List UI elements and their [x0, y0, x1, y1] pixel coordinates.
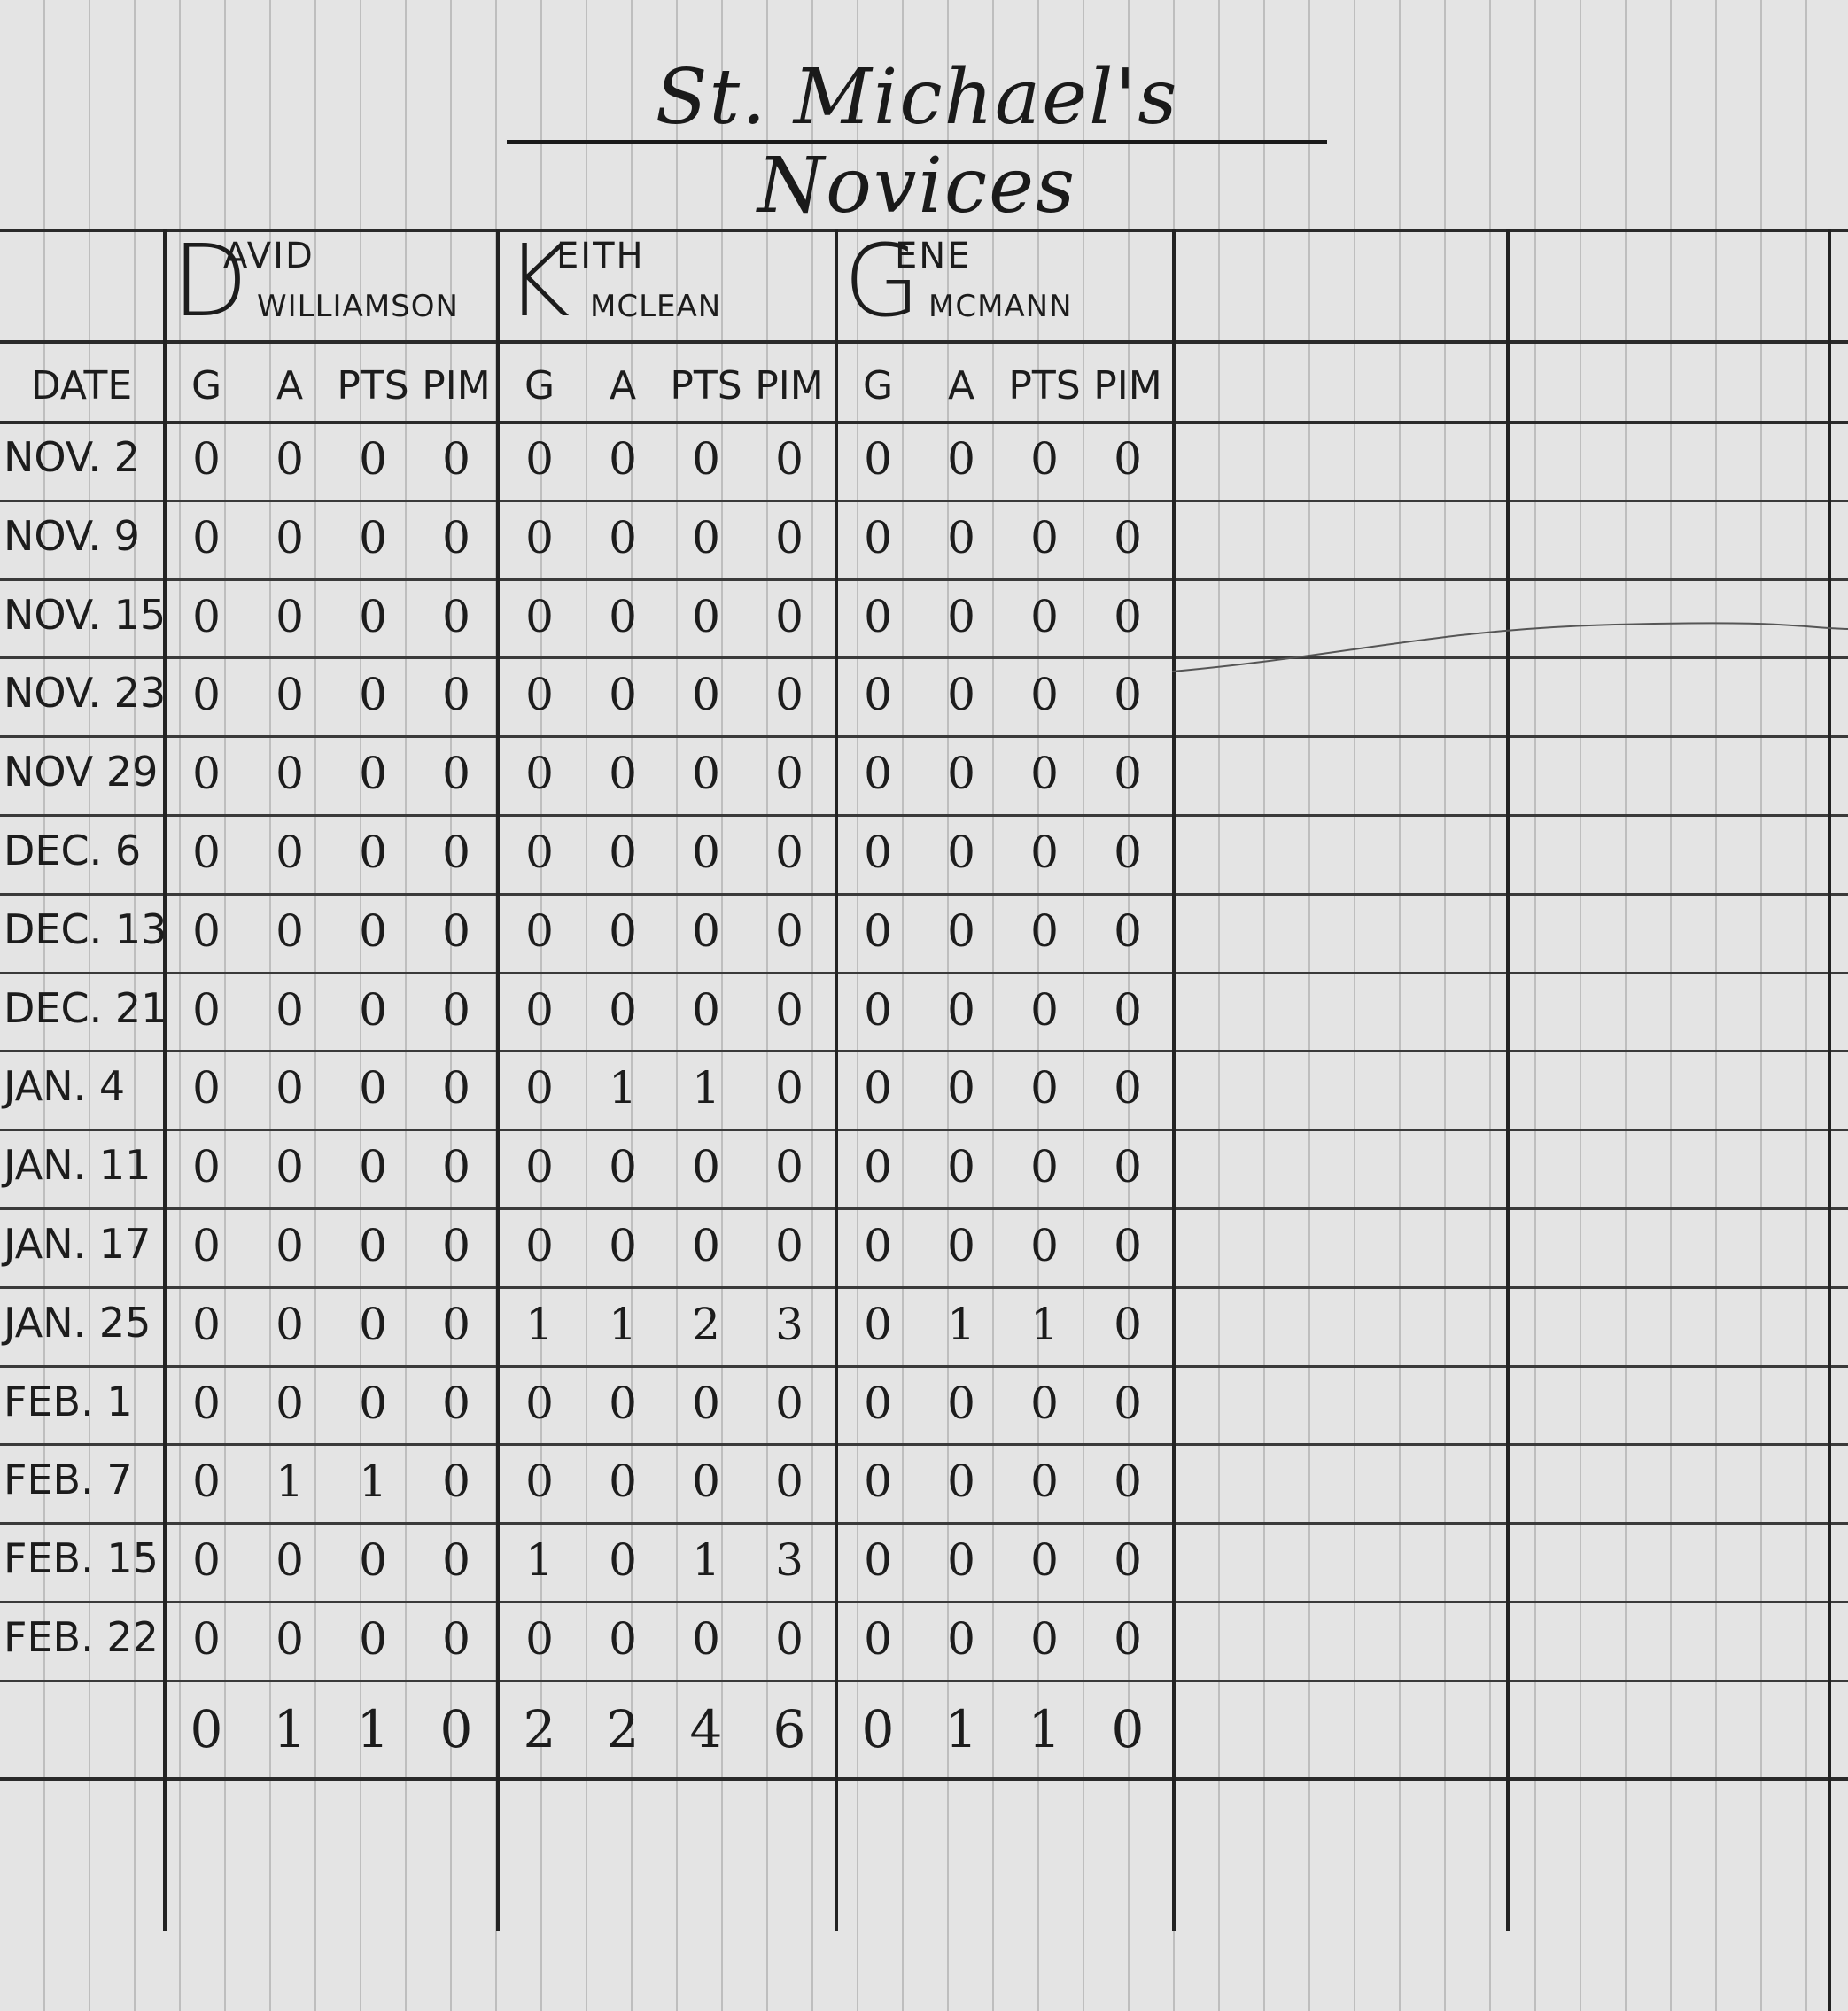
stat-cell: 0 — [836, 1141, 920, 1192]
game-date: NOV. 9 — [0, 512, 167, 560]
game-date: FEB. 1 — [0, 1378, 167, 1425]
stat-cell: 0 — [248, 1378, 331, 1429]
stat-cell: 0 — [165, 1062, 248, 1114]
grid-rule — [0, 1522, 1848, 1525]
stat-cell: 0 — [498, 748, 581, 799]
season-total-cell: 1 — [920, 1699, 1003, 1759]
stat-cell: 0 — [920, 591, 1003, 642]
stat-cell: 0 — [836, 984, 920, 1036]
game-date: FEB. 22 — [0, 1613, 167, 1661]
grid-rule — [0, 1207, 1848, 1210]
stat-column-header: G — [836, 363, 920, 408]
stat-cell: 0 — [920, 433, 1003, 485]
stat-cell: 0 — [920, 905, 1003, 957]
grid-column-rule — [1506, 229, 1510, 1931]
season-total-cell: 0 — [165, 1699, 248, 1759]
stat-cell: 0 — [664, 1613, 748, 1665]
stat-cell: 2 — [664, 1299, 748, 1350]
stat-cell: 0 — [1003, 827, 1086, 878]
stat-cell: 0 — [836, 512, 920, 563]
stat-cell: 0 — [836, 1613, 920, 1665]
stat-column-header: PIM — [748, 363, 831, 408]
stat-cell: 0 — [581, 1613, 664, 1665]
stat-cell: 0 — [165, 984, 248, 1036]
stat-cell: 0 — [664, 669, 748, 720]
grid-rule — [0, 1365, 1848, 1368]
stat-cell: 0 — [1086, 1141, 1169, 1192]
stat-cell: 0 — [1003, 669, 1086, 720]
stat-cell: 1 — [498, 1534, 581, 1586]
stat-cell: 0 — [165, 1299, 248, 1350]
stat-cell: 0 — [581, 827, 664, 878]
stat-cell: 0 — [748, 984, 831, 1036]
stat-cell: 0 — [836, 1299, 920, 1350]
stat-cell: 0 — [248, 669, 331, 720]
grid-rule — [0, 1129, 1848, 1131]
grid-rule — [0, 1680, 1848, 1682]
stat-cell: 0 — [1003, 905, 1086, 957]
stat-cell: 0 — [920, 669, 1003, 720]
game-date: JAN. 25 — [0, 1299, 167, 1347]
game-date: FEB. 7 — [0, 1456, 167, 1503]
stat-column-header: PIM — [1086, 363, 1169, 408]
stat-cell: 0 — [1003, 1613, 1086, 1665]
stat-cell: 0 — [1086, 591, 1169, 642]
stat-cell: 0 — [664, 905, 748, 957]
stat-cell: 0 — [248, 1299, 331, 1350]
season-total-cell: 2 — [581, 1699, 664, 1759]
season-total-cell: 0 — [836, 1699, 920, 1759]
stat-cell: 0 — [664, 1378, 748, 1429]
stat-column-header: PTS — [1003, 363, 1086, 408]
stat-cell: 0 — [581, 984, 664, 1036]
stat-cell: 0 — [1086, 984, 1169, 1036]
stat-cell: 0 — [498, 1220, 581, 1271]
stat-cell: 0 — [415, 1456, 498, 1507]
stat-cell: 0 — [748, 512, 831, 563]
stat-cell: 0 — [498, 433, 581, 485]
stat-cell: 0 — [836, 1220, 920, 1271]
player-last-name: MCLEAN — [590, 289, 721, 324]
season-total-cell: 4 — [664, 1699, 748, 1759]
stat-cell: 0 — [581, 1141, 664, 1192]
season-total-cell: 6 — [748, 1699, 831, 1759]
stat-cell: 0 — [1086, 1220, 1169, 1271]
stat-cell: 0 — [415, 1378, 498, 1429]
stat-cell: 0 — [165, 1456, 248, 1507]
grid-rule — [0, 1286, 1848, 1289]
stat-cell: 0 — [748, 1141, 831, 1192]
stat-cell: 1 — [331, 1456, 415, 1507]
player-last-name: WILLIAMSON — [257, 289, 459, 324]
stat-cell: 0 — [1003, 591, 1086, 642]
stat-cell: 0 — [331, 905, 415, 957]
stat-cell: 0 — [1003, 1141, 1086, 1192]
stat-cell: 0 — [1086, 669, 1169, 720]
stat-cell: 0 — [1003, 748, 1086, 799]
stat-cell: 0 — [248, 591, 331, 642]
pencil-curve — [1172, 620, 1848, 673]
stat-cell: 1 — [498, 1299, 581, 1350]
stat-cell: 0 — [748, 905, 831, 957]
stat-cell: 1 — [664, 1062, 748, 1114]
game-date: DEC. 6 — [0, 827, 167, 874]
stat-cell: 0 — [748, 669, 831, 720]
stat-cell: 0 — [1086, 1534, 1169, 1586]
grid-rule — [0, 814, 1848, 817]
stat-cell: 1 — [664, 1534, 748, 1586]
stat-cell: 0 — [248, 1141, 331, 1192]
stat-cell: 0 — [920, 512, 1003, 563]
player-first-name: EITH — [556, 236, 645, 276]
stat-cell: 0 — [498, 1141, 581, 1192]
stat-cell: 0 — [248, 905, 331, 957]
stat-cell: 0 — [920, 748, 1003, 799]
stat-cell: 0 — [165, 748, 248, 799]
stat-cell: 0 — [581, 512, 664, 563]
stat-cell: 0 — [331, 1299, 415, 1350]
stat-cell: 0 — [748, 1062, 831, 1114]
stat-cell: 0 — [664, 433, 748, 485]
stat-cell: 0 — [165, 1141, 248, 1192]
stat-cell: 1 — [581, 1062, 664, 1114]
stat-cell: 0 — [836, 669, 920, 720]
stat-cell: 0 — [498, 591, 581, 642]
player-first-name: AVID — [223, 236, 314, 276]
grid-column-rule — [1828, 229, 1831, 2011]
player-first-name: ENE — [895, 236, 971, 276]
stat-cell: 1 — [248, 1456, 331, 1507]
game-date: NOV. 15 — [0, 591, 167, 639]
stat-cell: 0 — [581, 1220, 664, 1271]
stat-cell: 0 — [248, 512, 331, 563]
stat-cell: 0 — [920, 1062, 1003, 1114]
stat-cell: 0 — [1086, 1062, 1169, 1114]
stat-cell: 0 — [165, 433, 248, 485]
stat-column-header: PTS — [664, 363, 748, 408]
stat-cell: 0 — [1086, 1456, 1169, 1507]
stat-cell: 0 — [1003, 1220, 1086, 1271]
stat-cell: 0 — [331, 433, 415, 485]
stat-column-header: A — [248, 363, 331, 408]
stat-cell: 0 — [165, 1534, 248, 1586]
stat-cell: 0 — [581, 905, 664, 957]
stat-cell: 1 — [920, 1299, 1003, 1350]
stat-cell: 0 — [920, 1456, 1003, 1507]
stat-cell: 0 — [836, 748, 920, 799]
stat-cell: 0 — [248, 1062, 331, 1114]
season-total-cell: 2 — [498, 1699, 581, 1759]
stat-cell: 0 — [1086, 905, 1169, 957]
stat-cell: 0 — [836, 1534, 920, 1586]
stat-cell: 0 — [748, 591, 831, 642]
stat-cell: 0 — [248, 827, 331, 878]
stat-cell: 3 — [748, 1299, 831, 1350]
stat-cell: 0 — [498, 1062, 581, 1114]
stat-cell: 0 — [165, 591, 248, 642]
stat-cell: 0 — [1086, 433, 1169, 485]
stat-cell: 0 — [498, 984, 581, 1036]
stat-cell: 0 — [1003, 512, 1086, 563]
stat-cell: 0 — [748, 748, 831, 799]
grid-column-rule — [1172, 229, 1176, 1931]
stat-cell: 0 — [165, 1220, 248, 1271]
stat-cell: 0 — [331, 1534, 415, 1586]
stat-cell: 0 — [581, 1456, 664, 1507]
grid-rule — [0, 1050, 1848, 1052]
stat-cell: 0 — [498, 827, 581, 878]
stat-cell: 0 — [331, 669, 415, 720]
stat-cell: 0 — [498, 905, 581, 957]
stat-cell: 0 — [748, 1378, 831, 1429]
stat-cell: 0 — [1086, 1378, 1169, 1429]
game-date: DEC. 13 — [0, 905, 167, 953]
stat-cell: 0 — [1003, 1062, 1086, 1114]
stat-cell: 0 — [581, 433, 664, 485]
stat-cell: 0 — [664, 748, 748, 799]
game-date: DEC. 21 — [0, 984, 167, 1032]
stat-cell: 0 — [415, 1534, 498, 1586]
stat-cell: 0 — [1003, 1378, 1086, 1429]
stat-cell: 0 — [331, 748, 415, 799]
stat-cell: 0 — [664, 1456, 748, 1507]
stat-cell: 0 — [498, 512, 581, 563]
stat-cell: 0 — [415, 1141, 498, 1192]
stat-cell: 0 — [415, 1062, 498, 1114]
player-header: DAVIDWILLIAMSON — [168, 232, 501, 338]
stat-cell: 0 — [1003, 984, 1086, 1036]
stat-cell: 0 — [415, 827, 498, 878]
stat-cell: 0 — [415, 669, 498, 720]
stat-cell: 0 — [165, 1378, 248, 1429]
stat-cell: 0 — [748, 827, 831, 878]
season-total-cell: 0 — [1086, 1699, 1169, 1759]
season-total-cell: 0 — [415, 1699, 498, 1759]
stat-cell: 0 — [1086, 1613, 1169, 1665]
stat-cell: 0 — [1003, 1534, 1086, 1586]
stat-cell: 0 — [664, 591, 748, 642]
date-column-header: DATE — [0, 363, 163, 408]
stat-cell: 0 — [836, 591, 920, 642]
stat-column-header: A — [581, 363, 664, 408]
stat-cell: 0 — [415, 512, 498, 563]
grid-rule — [0, 735, 1848, 738]
stat-cell: 0 — [498, 1456, 581, 1507]
stat-cell: 0 — [498, 669, 581, 720]
stat-cell: 0 — [664, 984, 748, 1036]
title-underline — [507, 140, 1327, 144]
season-total-cell: 1 — [331, 1699, 415, 1759]
stat-column-header: PIM — [415, 363, 498, 408]
stat-cell: 0 — [920, 1141, 1003, 1192]
grid-rule — [0, 421, 1848, 424]
stat-cell: 0 — [836, 1456, 920, 1507]
stat-column-header: G — [165, 363, 248, 408]
stat-cell: 0 — [581, 669, 664, 720]
player-header: GENEMCMANN — [840, 232, 1177, 338]
stat-cell: 0 — [415, 905, 498, 957]
stat-cell: 0 — [836, 1378, 920, 1429]
game-date: JAN. 17 — [0, 1220, 167, 1268]
game-date: NOV. 2 — [0, 433, 167, 481]
stat-column-header: G — [498, 363, 581, 408]
stat-cell: 0 — [165, 512, 248, 563]
stat-cell: 0 — [331, 1062, 415, 1114]
stat-cell: 0 — [581, 591, 664, 642]
grid-rule — [0, 340, 1848, 344]
stat-cell: 0 — [581, 1378, 664, 1429]
stat-cell: 0 — [415, 433, 498, 485]
season-total-cell: 1 — [1003, 1699, 1086, 1759]
game-date: NOV. 23 — [0, 669, 167, 717]
game-date: JAN. 4 — [0, 1062, 167, 1110]
stat-cell: 0 — [1086, 827, 1169, 878]
stat-cell: 0 — [581, 1534, 664, 1586]
grid-rule — [0, 1777, 1848, 1781]
stat-cell: 0 — [836, 827, 920, 878]
stat-cell: 0 — [165, 669, 248, 720]
stat-cell: 0 — [415, 591, 498, 642]
stat-cell: 0 — [331, 1613, 415, 1665]
stat-cell: 0 — [331, 984, 415, 1036]
stat-cell: 0 — [415, 1613, 498, 1665]
stat-cell: 0 — [498, 1613, 581, 1665]
stat-cell: 0 — [165, 1613, 248, 1665]
stat-cell: 0 — [920, 827, 1003, 878]
stat-cell: 0 — [248, 1534, 331, 1586]
stat-cell: 0 — [748, 1220, 831, 1271]
stat-cell: 0 — [331, 591, 415, 642]
grid-rule — [0, 500, 1848, 502]
stat-cell: 0 — [836, 433, 920, 485]
stat-column-header: PTS — [331, 363, 415, 408]
player-header: KEITHMCLEAN — [501, 232, 840, 338]
stat-cell: 0 — [415, 748, 498, 799]
stat-cell: 1 — [581, 1299, 664, 1350]
stat-cell: 3 — [748, 1534, 831, 1586]
stat-cell: 0 — [836, 905, 920, 957]
grid-rule — [0, 893, 1848, 896]
stat-cell: 0 — [331, 1141, 415, 1192]
stat-cell: 0 — [920, 1613, 1003, 1665]
stat-cell: 0 — [748, 1613, 831, 1665]
stat-cell: 0 — [498, 1378, 581, 1429]
stat-cell: 0 — [248, 1613, 331, 1665]
stat-cell: 0 — [581, 748, 664, 799]
stat-cell: 0 — [331, 827, 415, 878]
stat-cell: 0 — [415, 1220, 498, 1271]
stat-cell: 0 — [748, 433, 831, 485]
grid-rule — [0, 1601, 1848, 1603]
game-date: FEB. 15 — [0, 1534, 167, 1582]
season-total-cell: 1 — [248, 1699, 331, 1759]
stat-cell: 0 — [165, 905, 248, 957]
stat-cell: 0 — [664, 827, 748, 878]
grid-rule — [0, 1443, 1848, 1446]
stat-cell: 0 — [920, 1220, 1003, 1271]
stat-cell: 0 — [1086, 1299, 1169, 1350]
stat-cell: 0 — [415, 1299, 498, 1350]
stat-cell: 0 — [331, 1220, 415, 1271]
stat-cell: 0 — [836, 1062, 920, 1114]
stat-cell: 0 — [248, 433, 331, 485]
grid-rule — [0, 578, 1848, 581]
stat-cell: 0 — [415, 984, 498, 1036]
stat-cell: 0 — [920, 1534, 1003, 1586]
stat-cell: 0 — [664, 1220, 748, 1271]
stat-cell: 0 — [1086, 512, 1169, 563]
stat-cell: 0 — [664, 1141, 748, 1192]
stat-cell: 0 — [248, 984, 331, 1036]
stat-cell: 0 — [920, 984, 1003, 1036]
stat-cell: 0 — [331, 512, 415, 563]
stat-cell: 0 — [331, 1378, 415, 1429]
stat-cell: 0 — [1003, 433, 1086, 485]
stat-cell: 1 — [1003, 1299, 1086, 1350]
game-date: NOV 29 — [0, 748, 167, 796]
game-date: JAN. 11 — [0, 1141, 167, 1189]
stat-cell: 0 — [920, 1378, 1003, 1429]
stat-cell: 0 — [248, 748, 331, 799]
stat-cell: 0 — [748, 1456, 831, 1507]
stat-cell: 0 — [1003, 1456, 1086, 1507]
stat-cell: 0 — [165, 827, 248, 878]
stat-cell: 0 — [248, 1220, 331, 1271]
stat-cell: 0 — [664, 512, 748, 563]
player-last-name: MCMANN — [928, 289, 1073, 324]
stat-column-header: A — [920, 363, 1003, 408]
stat-cell: 0 — [1086, 748, 1169, 799]
grid-rule — [0, 972, 1848, 974]
